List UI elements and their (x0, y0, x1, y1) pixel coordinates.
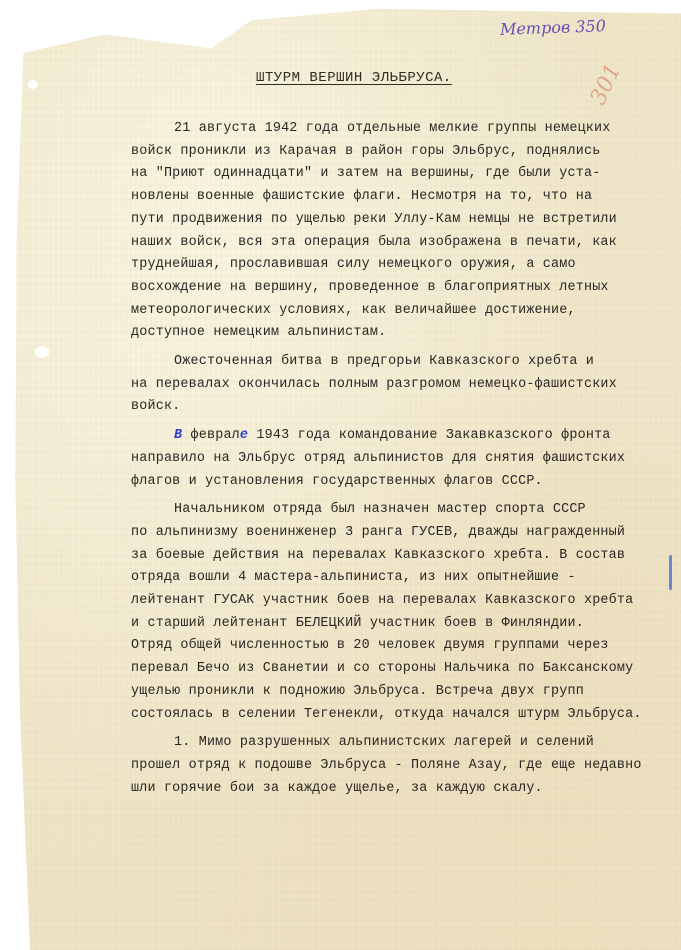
text-line: состоялась в селении Тегенекли, откуда н… (131, 704, 681, 727)
text-line: по альпинизму военинженер 3 ранга ГУСЕВ,… (131, 522, 681, 545)
text-line: 21 августа 1942 года отдельные мелкие гр… (131, 118, 681, 141)
text-line: отряда вошли 4 мастера-альпиниста, из ни… (131, 567, 681, 590)
paper-tear (92, 0, 132, 32)
paragraph-3: В феврале 1943 года командование Закавка… (131, 425, 681, 493)
text-line: новлены военные фашистские флаги. Несмот… (131, 186, 681, 209)
text-line: 1. Мимо разрушенных альпинистских лагере… (131, 732, 681, 755)
paragraph-5: 1. Мимо разрушенных альпинистских лагере… (131, 732, 681, 800)
text-line: флагов и установления государственных фл… (131, 471, 681, 494)
text-line: труднейшая, прославившая силу немецкого … (131, 254, 681, 277)
text-line: перевал Бечо из Сванетии и со стороны На… (131, 658, 681, 681)
paragraph-4: Начальником отряда был назначен мастер с… (131, 499, 681, 726)
text-line: войск проникли из Карачая в район горы Э… (131, 141, 681, 164)
text-line: лейтенант ГУСАК участник боев на перевал… (131, 590, 681, 613)
text-line: и старший лейтенант БЕЛЕЦКИЙ участник бо… (131, 613, 681, 636)
handwritten-correction: е (240, 428, 248, 443)
handwritten-correction: В (174, 428, 182, 443)
pen-mark (669, 555, 672, 590)
text-fragment: феврал (191, 428, 240, 443)
paragraph-1: 21 августа 1942 года отдельные мелкие гр… (131, 118, 681, 345)
handwritten-annotation: Метров 350 (500, 16, 606, 39)
text-line: Отряд общей численностью в 20 человек дв… (131, 635, 681, 658)
text-line: Ожесточенная битва в предгорьи Кавказско… (131, 351, 681, 374)
text-line: на перевалах окончилась полным разгромом… (131, 374, 681, 397)
text-line: шли горячие бои за каждое ущелье, за каж… (131, 778, 681, 801)
text-line: за боевые действия на перевалах Кавказск… (131, 545, 681, 568)
text-line: наших войск, вся эта операция была изобр… (131, 232, 681, 255)
text-fragment: 1943 года командование Закавказского фро… (248, 428, 610, 443)
text-line: ущелью проникли к подножию Эльбруса. Вст… (131, 681, 681, 704)
text-line: Начальником отряда был назначен мастер с… (131, 499, 681, 522)
document-title: ШТУРМ ВЕРШИН ЭЛЬБРУСА. (256, 70, 452, 86)
paragraph-2: Ожесточенная битва в предгорьи Кавказско… (131, 351, 681, 419)
text-line: войск. (131, 396, 681, 419)
text-line: доступное немецким альпинистам. (131, 322, 681, 345)
text-line: прошел отряд к подошве Эльбруса - Поляне… (131, 755, 681, 778)
text-line: метеорологических условиях, как величайш… (131, 300, 681, 323)
text-line: В феврале 1943 года командование Закавка… (131, 425, 681, 448)
document-body: 21 августа 1942 года отдельные мелкие гр… (131, 118, 681, 800)
text-line: пути продвижения по ущелью реки Уллу-Кам… (131, 209, 681, 232)
text-line: на "Приют одиннадцати" и затем на вершин… (131, 163, 681, 186)
text-line: направило на Эльбрус отряд альпинистов д… (131, 448, 681, 471)
text-line: восхождение на вершину, проведенное в бл… (131, 277, 681, 300)
paper-hole (28, 80, 38, 89)
paper-hole (35, 346, 49, 358)
